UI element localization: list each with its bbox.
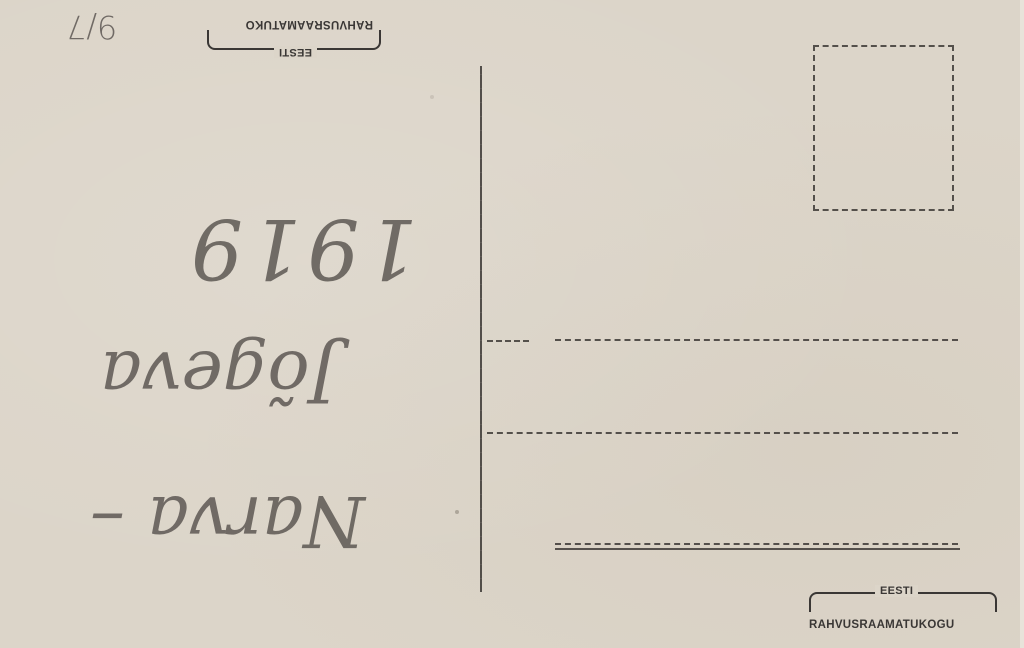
- library-stamp-bottom: EESTI RAHVUSRAAMATUKOGU: [807, 585, 999, 637]
- handwritten-name: Narva –: [90, 480, 365, 562]
- address-line-3: [555, 543, 958, 545]
- stamp-line-eesti: EESTI: [875, 585, 918, 597]
- paper-speck: [455, 510, 459, 514]
- address-line-3-underline: [555, 548, 960, 550]
- postage-stamp-box: [813, 45, 954, 211]
- address-line-1-short: [487, 340, 529, 342]
- handwritten-place: Jõgeva: [100, 335, 338, 417]
- handwritten-year: 1919: [185, 200, 418, 295]
- stamp-line-library-name: RAHVUSRAAMATUKOGU: [809, 619, 954, 631]
- vertical-divider: [480, 66, 482, 592]
- paper-speck: [430, 95, 434, 99]
- postcard-back: 9/7 EESTI RAHVUSRAAMATUKO 1919 Jõgeva Na…: [0, 0, 1024, 648]
- library-stamp-top: EESTI RAHVUSRAAMATUKO: [205, 8, 383, 58]
- card-edge: [1020, 0, 1024, 648]
- address-line-1: [555, 339, 958, 341]
- address-line-2: [487, 432, 958, 434]
- stamp-line-eesti: EESTI: [274, 46, 317, 58]
- stamp-line-library-name: RAHVUSRAAMATUKO: [245, 18, 373, 30]
- handwritten-corner-note: 9/7: [66, 8, 118, 46]
